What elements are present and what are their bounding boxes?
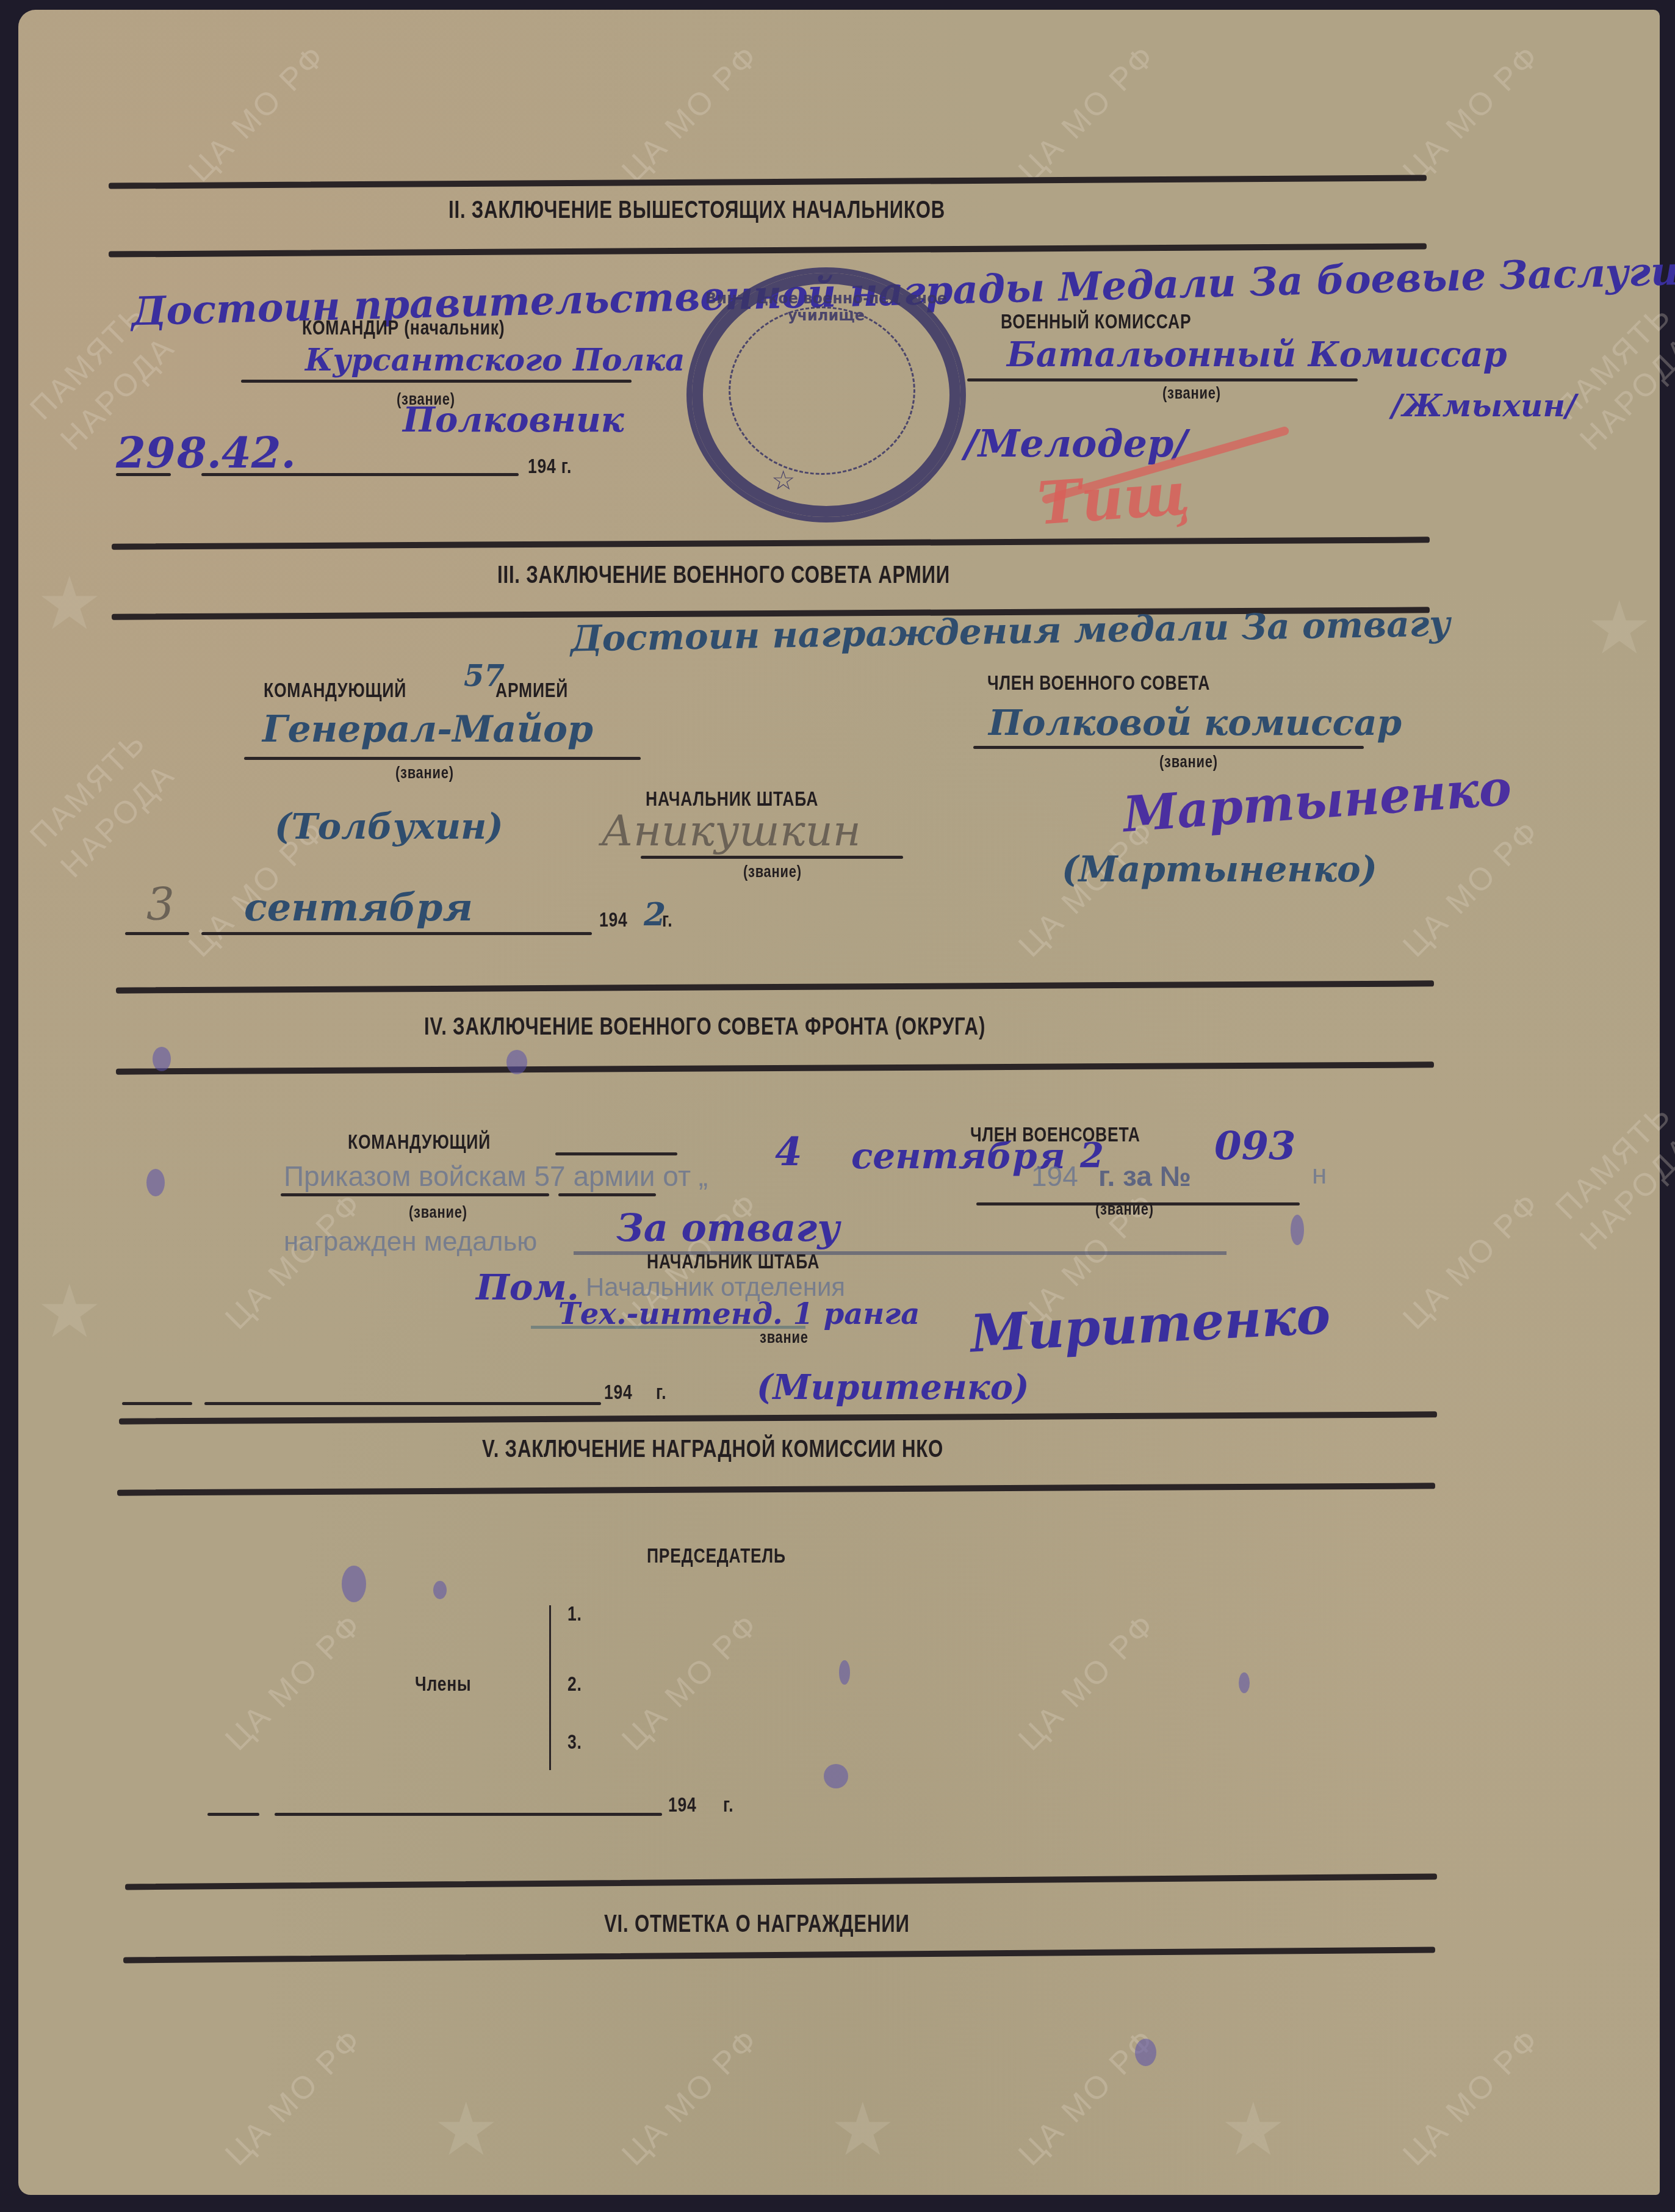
date-day-line [207,1813,259,1816]
date-day: 3 [146,879,175,930]
order-number-prefix: г. за № [1098,1160,1191,1193]
date-month-line [204,1402,601,1405]
signature-line [973,746,1364,749]
date-year: 194 [599,908,628,932]
commissar-rank: Батальонный Комиссар [1007,334,1507,375]
council-member-rank: Полковой комиссар [989,702,1402,743]
commissar-name: /Жмыхин/ [1391,388,1576,424]
section-title: VI. ОТМЕТКА О НАГРАЖДЕНИИ [604,1910,910,1938]
signature-line [244,757,641,760]
member-number: 3. [567,1730,582,1754]
signature-line [641,856,903,859]
seal-text: Винницкое военно-пехотное училище [692,290,960,324]
section-title: III. ЗАКЛЮЧЕНИЕ ВОЕННОГО СОВЕТА АРМИИ [497,562,950,589]
watermark-star-icon: ★ [433,2087,499,2172]
watermark-star-icon: ★ [1220,2087,1286,2172]
ink-speck [839,1660,850,1685]
watermark-star-icon: ★ [1587,586,1652,671]
ink-speck [506,1050,527,1074]
date-day-line [116,473,171,476]
watermark-star-icon: ★ [830,2087,896,2172]
order-number-suffix: н [1312,1160,1327,1190]
signature-line [281,1193,549,1196]
order-number: 093 [1214,1123,1296,1169]
commander-rank: Генерал-Майор [262,708,593,751]
commander-label: КОМАНДИР (начальник) [302,316,505,340]
commander-name: /Мелодер/ [964,421,1187,466]
commander-label: КОМАНДУЮЩИЙ [348,1130,491,1154]
rank-label: (звание) [395,763,454,783]
section-title: V. ЗАКЛЮЧЕНИЕ НАГРАДНОЙ КОМИССИИ НКО [482,1436,943,1463]
watermark-star-icon: ★ [37,1270,103,1354]
council-member-name: (Мартыненко) [1062,848,1377,890]
official-seal: Винницкое военно-пехотное училище ☆ [686,267,966,522]
awarded-stamp-text: награжден медалью [284,1227,537,1257]
ink-speck [1135,2039,1156,2066]
date-year: 194 г. [528,455,572,479]
ink-speck [433,1581,447,1599]
watermark-star-icon: ★ [37,562,103,646]
date-month: 8.42. [177,427,296,478]
ink-speck [342,1566,366,1602]
ink-speck [824,1764,848,1788]
council-member-label: ЧЛЕН ВОЕНСОВЕТА [970,1123,1140,1147]
commander-name: (Толбухин) [275,806,503,847]
commander-rank: Полковник [403,400,624,440]
signature-line [967,378,1358,381]
member-number: 1. [567,1602,582,1626]
ink-speck [1291,1215,1304,1245]
commander-unit: Курсантского Полка [305,342,685,378]
council-member-label: ЧЛЕН ВОЕННОГО СОВЕТА [987,671,1210,695]
ink-speck [146,1169,165,1196]
date-year: 194 [604,1381,633,1404]
date-day-line [122,1402,192,1405]
rank-label: звание [760,1328,809,1347]
date-month: сентября [244,885,473,930]
army-label: АРМИЕЙ [495,679,568,703]
commissar-label: ВОЕННЫЙ КОМИССАР [1001,310,1191,334]
date-day: 29 [116,427,175,478]
rank-label: (звание) [1162,383,1221,403]
rank-label: (звание) [409,1202,467,1222]
date-day-line [125,932,189,935]
date-month-line [275,1813,662,1816]
chairman-label: ПРЕДСЕДАТЕЛЬ [647,1544,786,1568]
section-title: IV. ЗАКЛЮЧЕНИЕ ВОЕННОГО СОВЕТА ФРОНТА (О… [424,1013,985,1041]
signature-line [555,1152,677,1155]
chief-of-staff-label: НАЧАЛЬНИК ШТАБА [647,1250,819,1274]
signature-line [558,1193,656,1196]
chief-of-staff-signature: Аникушкин [601,806,861,856]
date-suffix: г. [662,908,672,932]
date-suffix: г. [656,1381,666,1404]
date-year: 194 [668,1793,697,1817]
order-stamp-text: Приказом войскам 57 армии от „ [284,1160,708,1193]
members-bracket [549,1605,551,1770]
section-title: II. ЗАКЛЮЧЕНИЕ ВЫШЕСТОЯЩИХ НАЧАЛЬНИКОВ [448,197,945,224]
rank-label: (звание) [1159,752,1218,772]
seal-star-icon: ☆ [771,465,795,496]
date-month-line [201,473,519,476]
order-year: 194 [1031,1160,1078,1193]
ink-speck [153,1047,171,1071]
date-month-line [201,932,592,935]
signatory-name: (Миритенко) [757,1367,1029,1408]
date-suffix: г. [723,1793,733,1817]
order-day: 4 [775,1129,802,1175]
member-number: 2. [567,1672,582,1696]
rank-label: (звание) [743,862,802,881]
medal-name: За отвагу [616,1205,840,1250]
signature-line [241,380,632,383]
rank-label: (звание) [1095,1199,1154,1219]
ink-speck [1239,1672,1250,1693]
members-label: Члены [415,1672,471,1696]
commander-label: КОМАНДУЮЩИЙ [264,679,406,703]
seal-emblem [729,306,915,475]
